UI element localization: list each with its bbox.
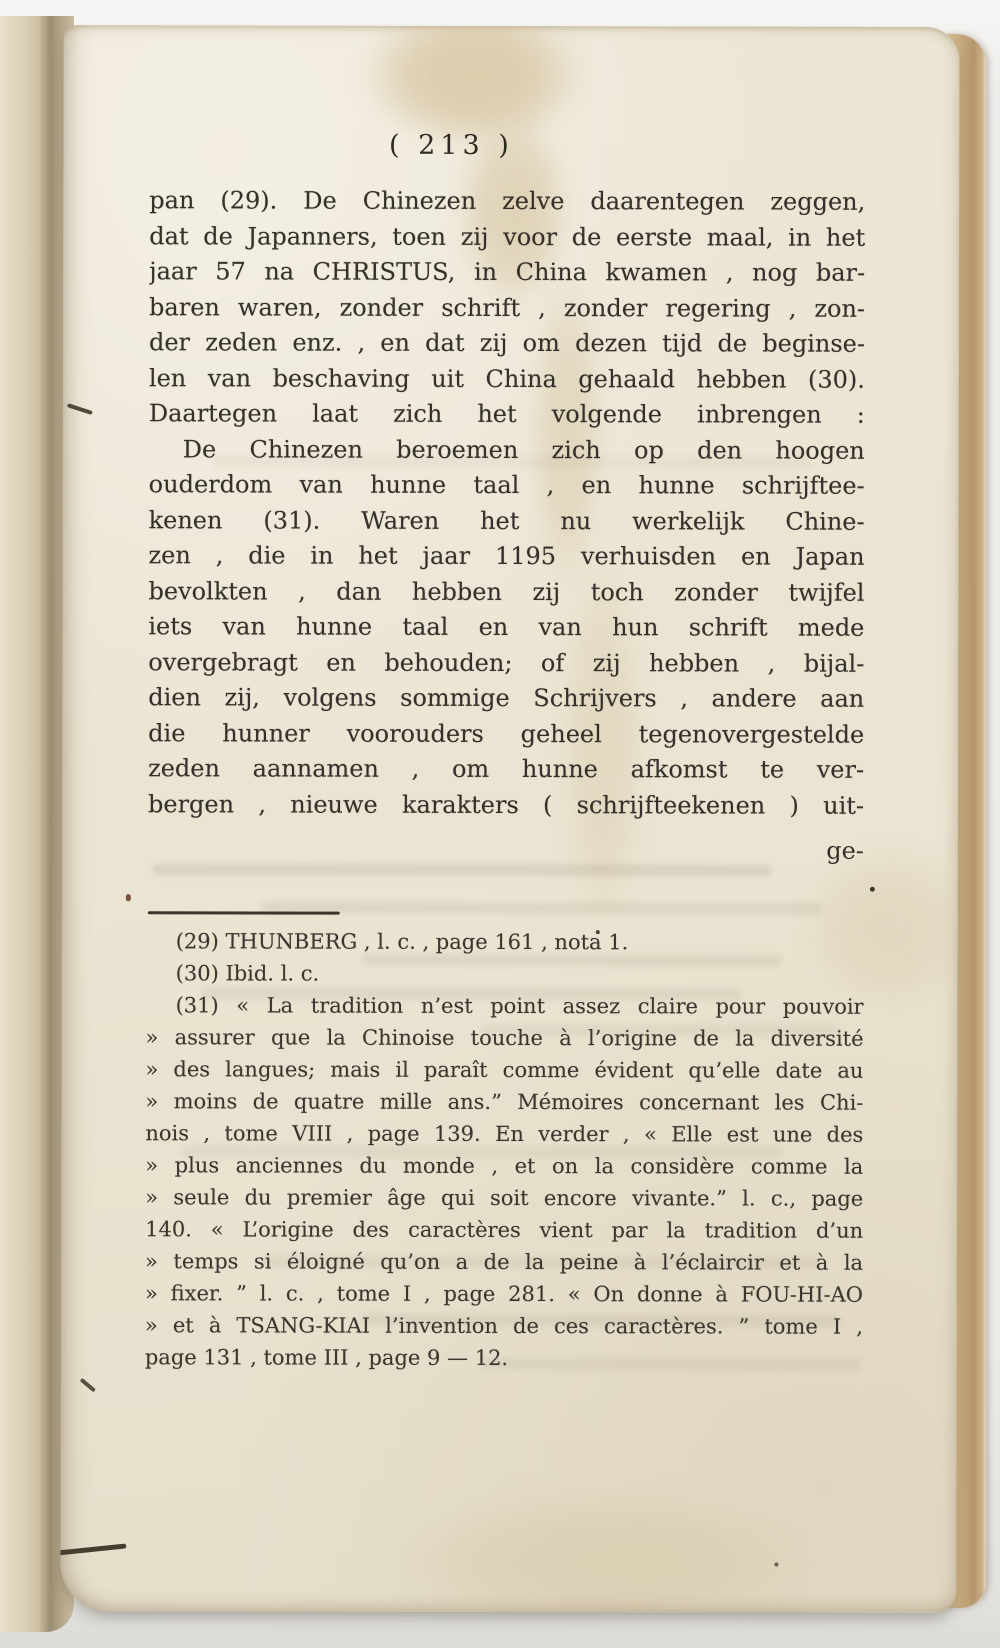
footnote-line: (29) THUNBERG , l. c. , page 161 , nota … <box>146 925 864 959</box>
footnote-line: » assurer que la Chinoise touche à l’ori… <box>146 1021 864 1055</box>
body-line: overgebragt en behouden; of zij hebben ,… <box>148 645 864 682</box>
footnote-line: » des langues; mais il paraît comme évid… <box>145 1053 863 1087</box>
body-line: dat de Japanners, toen zij voor de eerst… <box>149 219 865 256</box>
ink-speck <box>596 930 600 934</box>
body-line: pan (29). De Chinezen zelve daarentegen … <box>149 183 865 220</box>
body-line: len van beschaving uit China gehaald heb… <box>149 361 865 398</box>
sewing-thread <box>67 403 93 415</box>
footnote-line: » plus anciennes du monde , et on la con… <box>145 1149 863 1183</box>
footnote-separator-rule <box>148 911 340 914</box>
footnote-line: 140. « L’origine des caractères vient pa… <box>145 1213 863 1247</box>
body-line: bergen , nieuwe karakters ( schrijfteeke… <box>148 787 864 824</box>
ink-speck <box>126 894 131 901</box>
book-page: ( 213 ) pan (29). De Chinezen zelve daar… <box>60 25 959 1613</box>
body-line: dien zij, volgens sommige Schrijvers , a… <box>148 680 864 717</box>
footnote-line: » et à TSANG-KIAI l’invention de ces car… <box>145 1309 863 1343</box>
body-line: die hunner voorouders geheel tegenoverge… <box>148 716 864 753</box>
body-line: Daartegen laat zich het volgende inbreng… <box>149 396 865 433</box>
body-line: jaar 57 na CHRISTUS, in China kwamen , n… <box>149 254 865 291</box>
footnote-line: » temps si éloigné qu’on a de la peine à… <box>145 1245 863 1279</box>
body-line: ouderdom van hunne taal , en hunne schri… <box>149 467 865 504</box>
body-line: De Chinezen beroemen zich op den hoogen <box>149 432 865 469</box>
water-stain <box>390 1488 810 1613</box>
ink-speck <box>774 1563 778 1567</box>
ink-speck <box>870 887 875 892</box>
sewing-thread <box>60 1543 126 1555</box>
footnote-line: (31) « La tradition n’est point assez cl… <box>146 989 864 1023</box>
body-text: pan (29). De Chinezen zelve daarentegen … <box>148 183 865 823</box>
body-line: der zeden enz. , en dat zij om dezen tij… <box>149 325 865 362</box>
book-photo: ( 213 ) pan (29). De Chinezen zelve daar… <box>0 0 1000 1648</box>
backdrop-top <box>0 0 1000 24</box>
body-line: bevolkten , dan hebben zij toch zonder t… <box>148 574 864 611</box>
footnote-line: (30) Ibid. l. c. <box>146 957 864 991</box>
body-line: zen , die in het jaar 1195 verhuisden en… <box>149 538 865 575</box>
show-through-mark <box>152 863 772 876</box>
footnote-line: » seule du premier âge qui soit encore v… <box>145 1181 863 1215</box>
footnotes: (29) THUNBERG , l. c. , page 161 , nota … <box>145 925 864 1375</box>
body-line: iets van hunne taal en van hun schrift m… <box>148 609 864 646</box>
show-through-mark <box>262 901 822 914</box>
body-line: zeden aannamen , om hunne afkomst te ver… <box>148 751 864 788</box>
footnote-line: » moins de quatre mille ans.” Mémoires c… <box>145 1085 863 1119</box>
footnote-line: » fixer. ” l. c. , tome I , page 281. « … <box>145 1277 863 1311</box>
sewing-thread <box>80 1378 96 1393</box>
body-line: baren waren, zonder schrift , zonder reg… <box>149 290 865 327</box>
page-number: ( 213 ) <box>93 129 809 161</box>
body-line: kenen (31). Waren het nu werkelijk Chine… <box>149 503 865 540</box>
footnote-line: nois , tome VIII , page 139. En verder ,… <box>145 1117 863 1151</box>
footnote-line: page 131 , tome III , page 9 — 12. <box>145 1341 863 1375</box>
catchword: ge- <box>148 835 864 864</box>
